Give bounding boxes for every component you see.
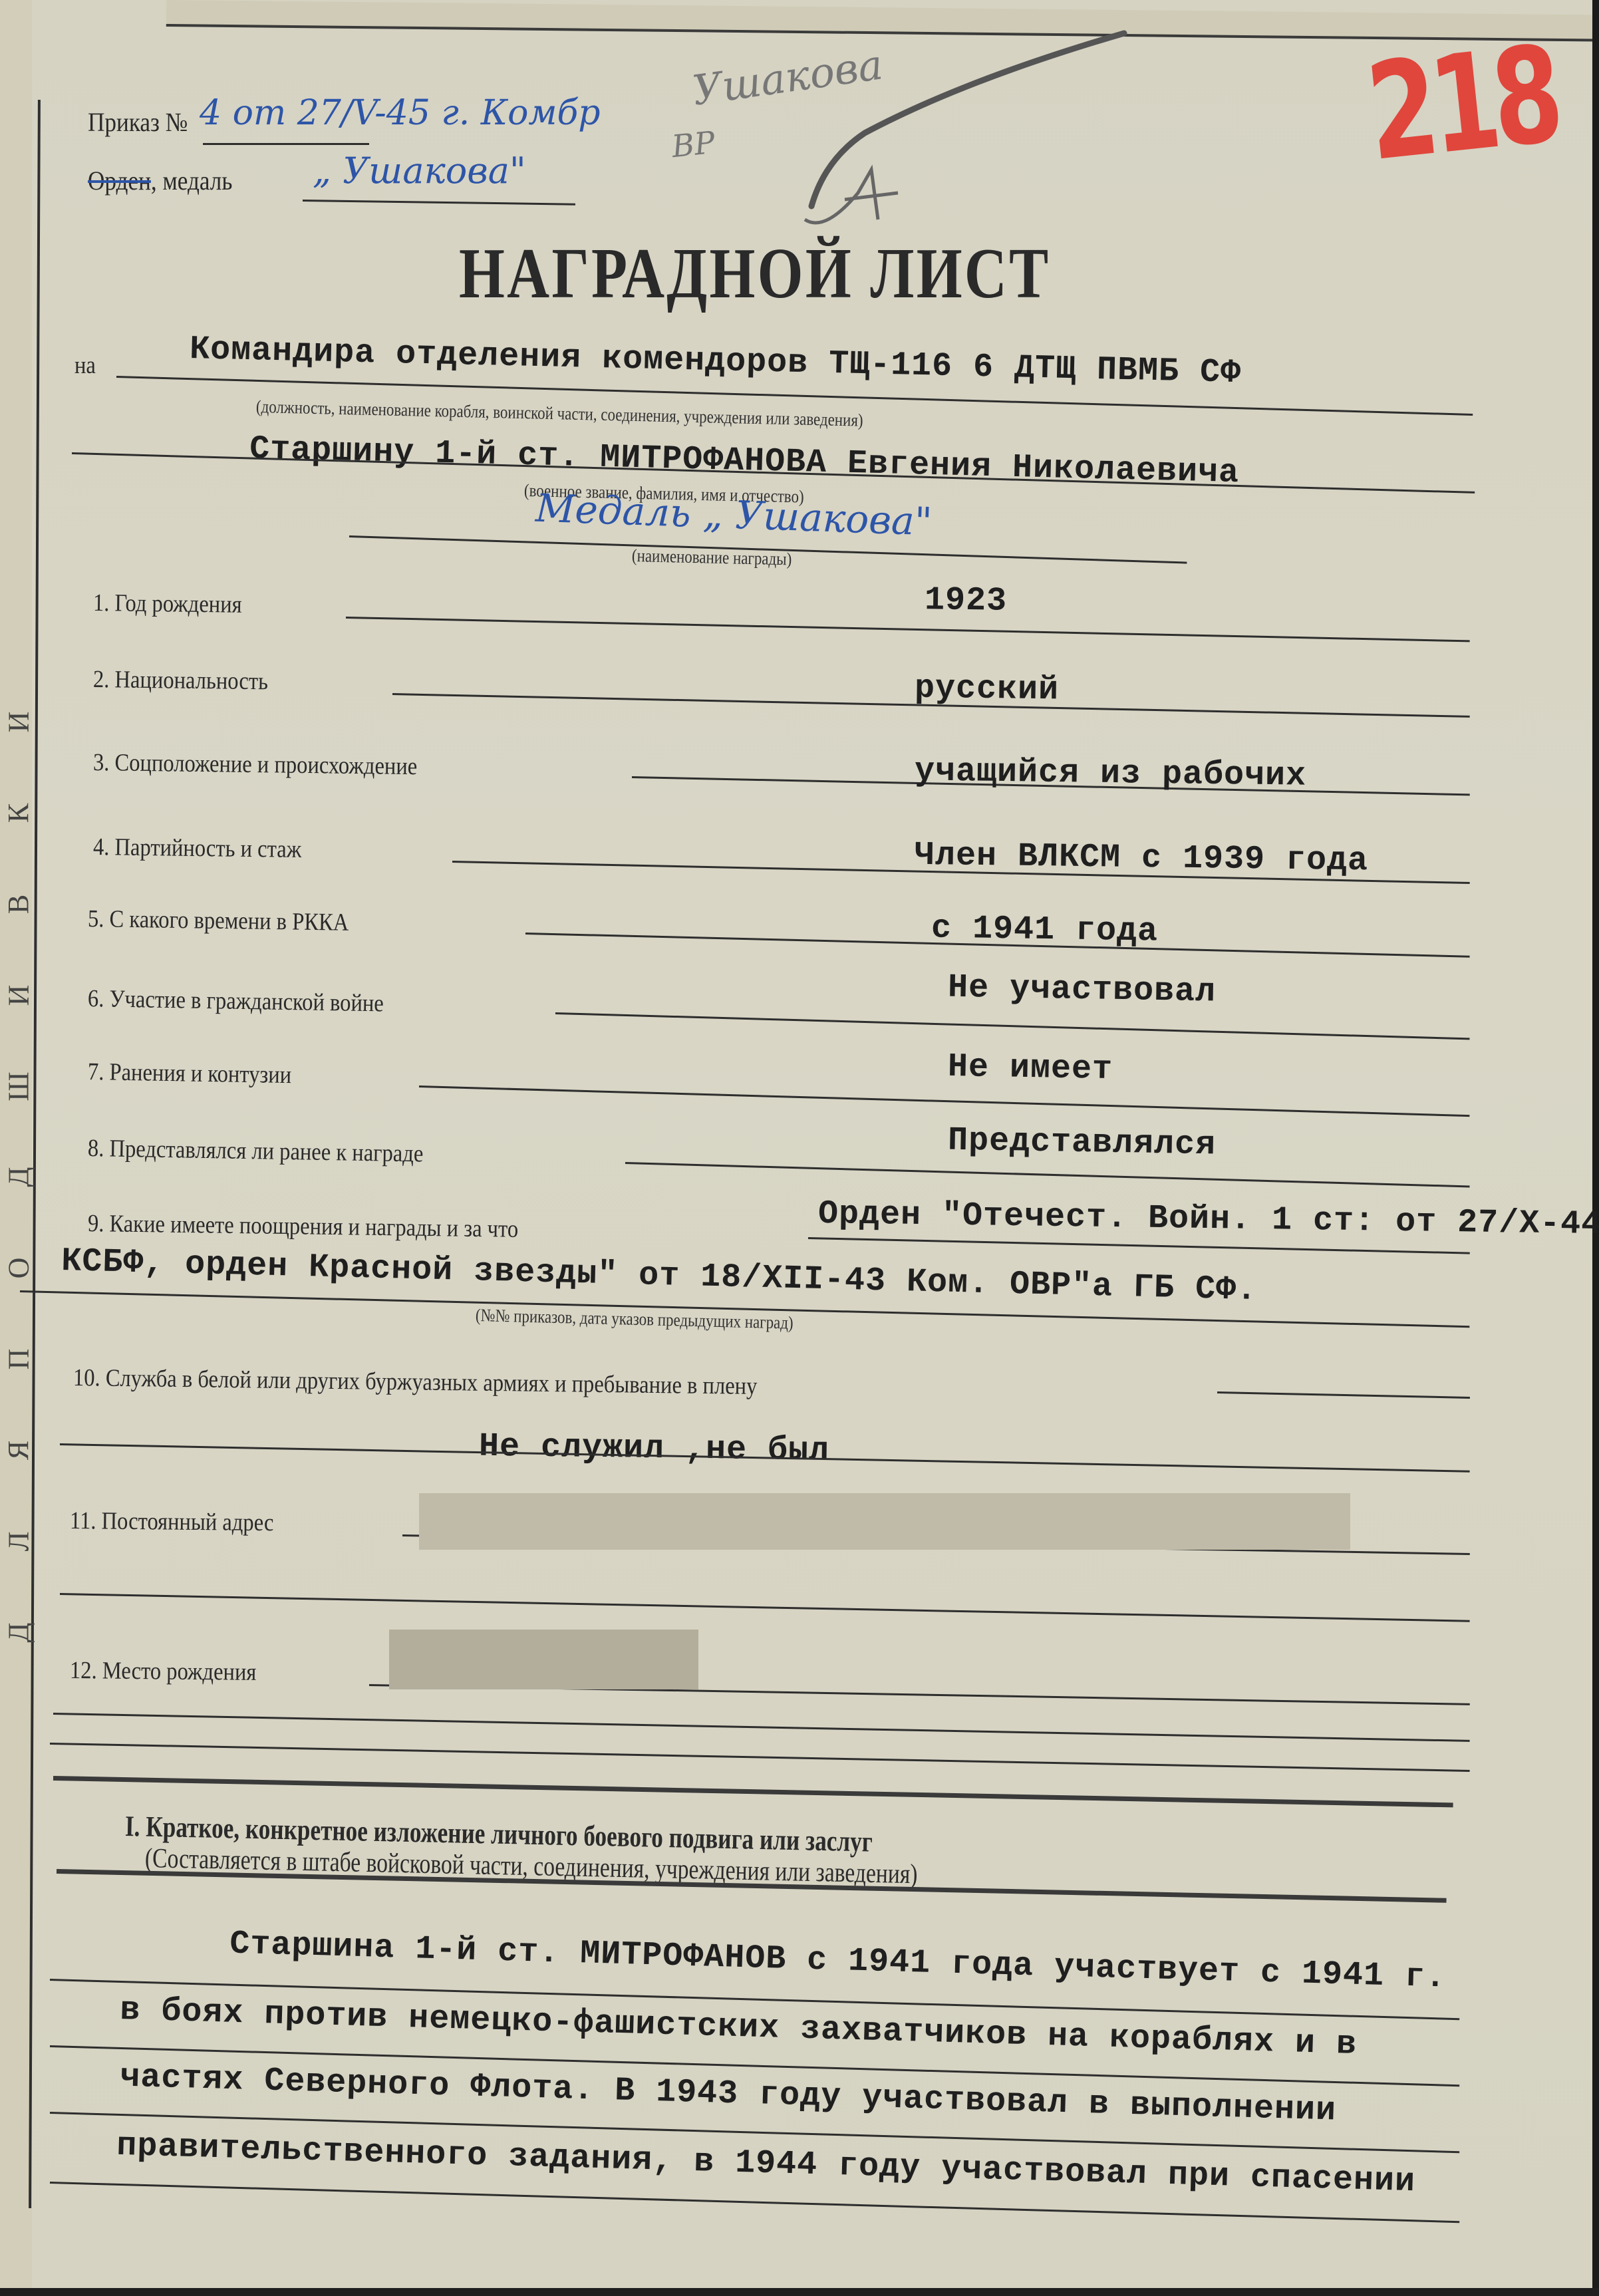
field-value: с 1941 года [931, 910, 1159, 951]
award-type-label: Орден, медаль [88, 165, 232, 196]
binding-letter: Ш [2, 1072, 36, 1101]
field-label: 4. Партийность и стаж [93, 833, 302, 864]
field-label: 5. С какого времени в РККА [88, 905, 349, 937]
page-title: НАГРАДНОЙ ЛИСТ [459, 233, 1050, 315]
address-redaction [419, 1493, 1350, 1550]
order-underline [203, 143, 369, 145]
pencil-signature-icon [798, 27, 1171, 226]
field-value: Не имеет [948, 1048, 1113, 1089]
blank-line [60, 1593, 1470, 1622]
field-value: Член ВЛКСМ с 1939 года [915, 837, 1369, 881]
binding-letter: К [1, 803, 35, 823]
field-underline [1217, 1391, 1470, 1399]
binding-letter: Я [1, 1441, 35, 1460]
field-value: 1923 [925, 581, 1008, 621]
order-value: 4 от 27/V-45 г. Комбр [200, 93, 601, 133]
field-label: 12. Место рождения [70, 1656, 257, 1687]
award-sheet-page: ДЛЯПОДШИВКИ Приказ № 4 от 27/V-45 г. Ком… [0, 0, 1599, 2296]
field-value: русский [915, 670, 1060, 710]
award-name-caption: (наименование награды) [632, 545, 792, 569]
binding-letter: Л [2, 1532, 36, 1552]
page-right-edge [1592, 0, 1599, 2296]
award-type-underline [303, 200, 575, 206]
field-label: 3. Соцположение и происхождение [93, 748, 418, 781]
field-underline [419, 1085, 1469, 1117]
binding-letter: О [2, 1258, 36, 1279]
field-underline [555, 1012, 1470, 1040]
na-label: на [74, 351, 96, 380]
field-label: 6. Участие в гражданской войне [88, 984, 384, 1018]
field-label: 7. Ранения и контузии [88, 1058, 292, 1089]
order-label: Приказ № [88, 106, 188, 138]
red-sheet-number: 218 [1361, 17, 1563, 191]
binding-margin-text: ДЛЯПОДШИВКИ [5, 705, 32, 1650]
field-value: учащийся из рабочих [915, 752, 1307, 795]
binding-letter: В [1, 895, 35, 914]
order-struck-label: Орден [88, 166, 151, 196]
field-label: 2. Национальность [93, 665, 268, 696]
narrative-line: Старшина 1-й ст. МИТРОФАНОВ с 1941 года … [229, 1925, 1447, 1997]
award-type-value: „ Ушакова" [313, 150, 526, 192]
field-label: 1. Год рождения [93, 589, 242, 619]
blank-line [53, 1713, 1470, 1742]
field-value: Представлялся [948, 1122, 1217, 1165]
field-label: 10. Служба в белой или других буржуазных… [73, 1363, 758, 1401]
field-label: 8. Представлялся ли ранее к награде [88, 1134, 424, 1168]
field-value: Не участвовал [948, 969, 1217, 1012]
binding-letter: П [2, 1349, 36, 1370]
field-label: 11. Постоянный адрес [70, 1507, 274, 1537]
field-underline [346, 617, 1470, 642]
field-value: Не служил ,не был [479, 1428, 830, 1471]
binding-letter: И [2, 712, 36, 733]
page-bottom-edge [0, 2288, 1599, 2296]
position-caption: (должность, наименование корабля, воинск… [256, 396, 863, 431]
binding-letter: И [2, 984, 36, 1006]
binding-letter: Д [1, 1167, 35, 1187]
binding-letter: Д [1, 1622, 35, 1642]
field-value: Орден "Отечест. Войн. 1 ст: от 27/X-44 [818, 1195, 1599, 1244]
field-value-continued: КСБФ, орден Красной звезды" от 18/XII-43… [61, 1242, 1258, 1310]
birthplace-redaction [389, 1630, 698, 1689]
blank-line [50, 1743, 1470, 1772]
pencil-note-2: ВР [670, 124, 716, 164]
section-rule-top [53, 1776, 1453, 1807]
medal-label: , медаль [151, 166, 232, 196]
award-name-value: Медаль „ Ушакова" [535, 486, 933, 545]
field-underline [625, 1162, 1470, 1187]
field-label: 9. Какие имеете поощрения и награды и за… [88, 1209, 519, 1244]
